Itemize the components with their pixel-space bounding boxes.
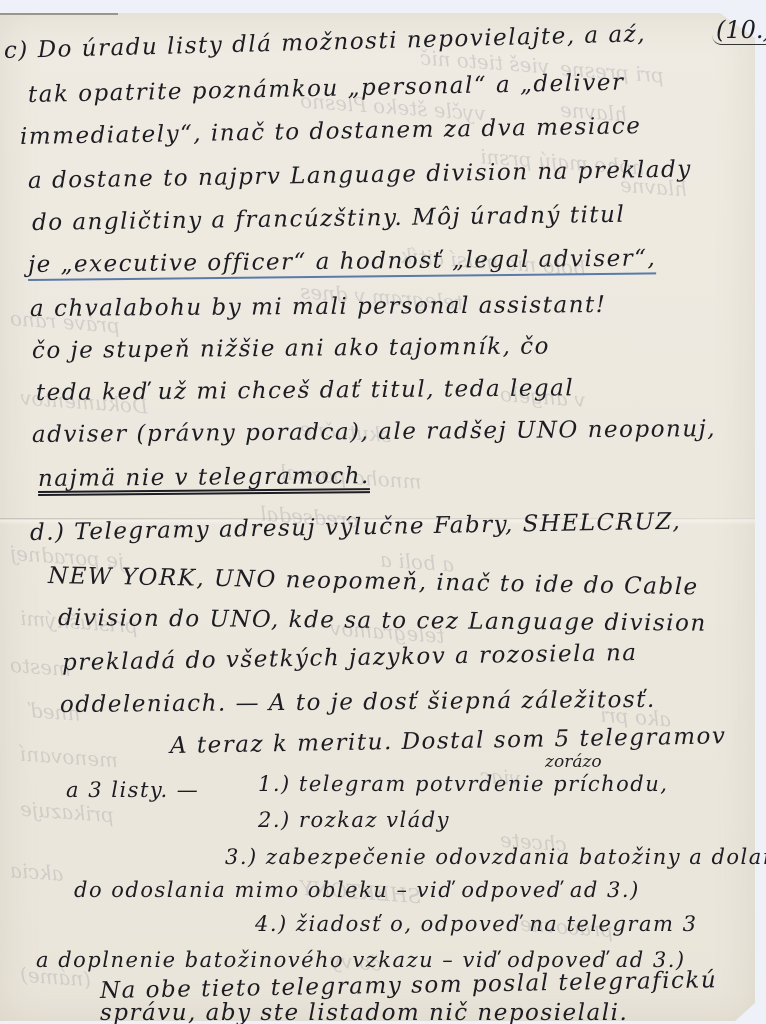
text-line: čo je stupeň nižšie ani ako tajomník, čo (32, 333, 550, 364)
text-line: najmä nie v telegramoch. (38, 463, 370, 492)
text-line: a 3 listy. — (66, 778, 199, 802)
text-line: 3.) zabezpečenie odovzdania batožiny a d… (225, 845, 766, 869)
line-text: 2.) rozkaz vlády (258, 808, 450, 832)
text-line: správu, aby ste listadom nič neposielali… (100, 1000, 628, 1024)
line-text: správu, aby ste listadom nič neposielali… (100, 1000, 628, 1024)
text-line: 1.) telegram potvrdenie príchodu, (258, 772, 668, 796)
line-text: a doplnenie batožinového vzkazu – viď od… (36, 948, 686, 972)
text-line: a doplnenie batožinového vzkazu – viď od… (36, 948, 686, 972)
line-text: 1.) telegram potvrdenie príchodu, (258, 772, 668, 796)
text-line: oddeleniach. — A to je dosť šiepná zálež… (60, 687, 656, 718)
text-line: teda keď už mi chceš dať titul, teda leg… (36, 375, 574, 406)
line-text: oddeleniach. — A to je dosť šiepná zálež… (60, 687, 656, 718)
page-number: (10.) (712, 16, 766, 45)
text-line: do odoslania mimo obleku – viď odpoveď a… (74, 878, 640, 902)
text-line: 4.) žiadosť o, odpoveď na telegram 3 (255, 912, 697, 936)
paper-edge (0, 13, 118, 15)
line-text: 3.) zabezpečenie odovzdania batožiny a d… (225, 845, 766, 869)
text-line: je „executive officer“ a hodnosť „legal … (28, 245, 657, 278)
line-text: do odoslania mimo obleku – viď odpoveď a… (74, 878, 640, 902)
line-text: 4.) žiadosť o, odpoveď na telegram 3 (255, 912, 697, 936)
interlinear-correction: zorázo (545, 752, 602, 772)
line-text: najmä nie v telegramoch. (38, 463, 370, 492)
text-line: a chvalabohu by mi mali personal assista… (30, 292, 607, 322)
line-text: teda keď už mi chceš dať titul, teda leg… (36, 375, 574, 406)
line-text: a chvalabohu by mi mali personal assista… (30, 292, 607, 322)
text-line: 2.) rozkaz vlády (258, 808, 450, 832)
line-text: a 3 listy. — (66, 778, 199, 802)
line-text: čo je stupeň nižšie ani ako tajomník, čo (32, 333, 550, 364)
